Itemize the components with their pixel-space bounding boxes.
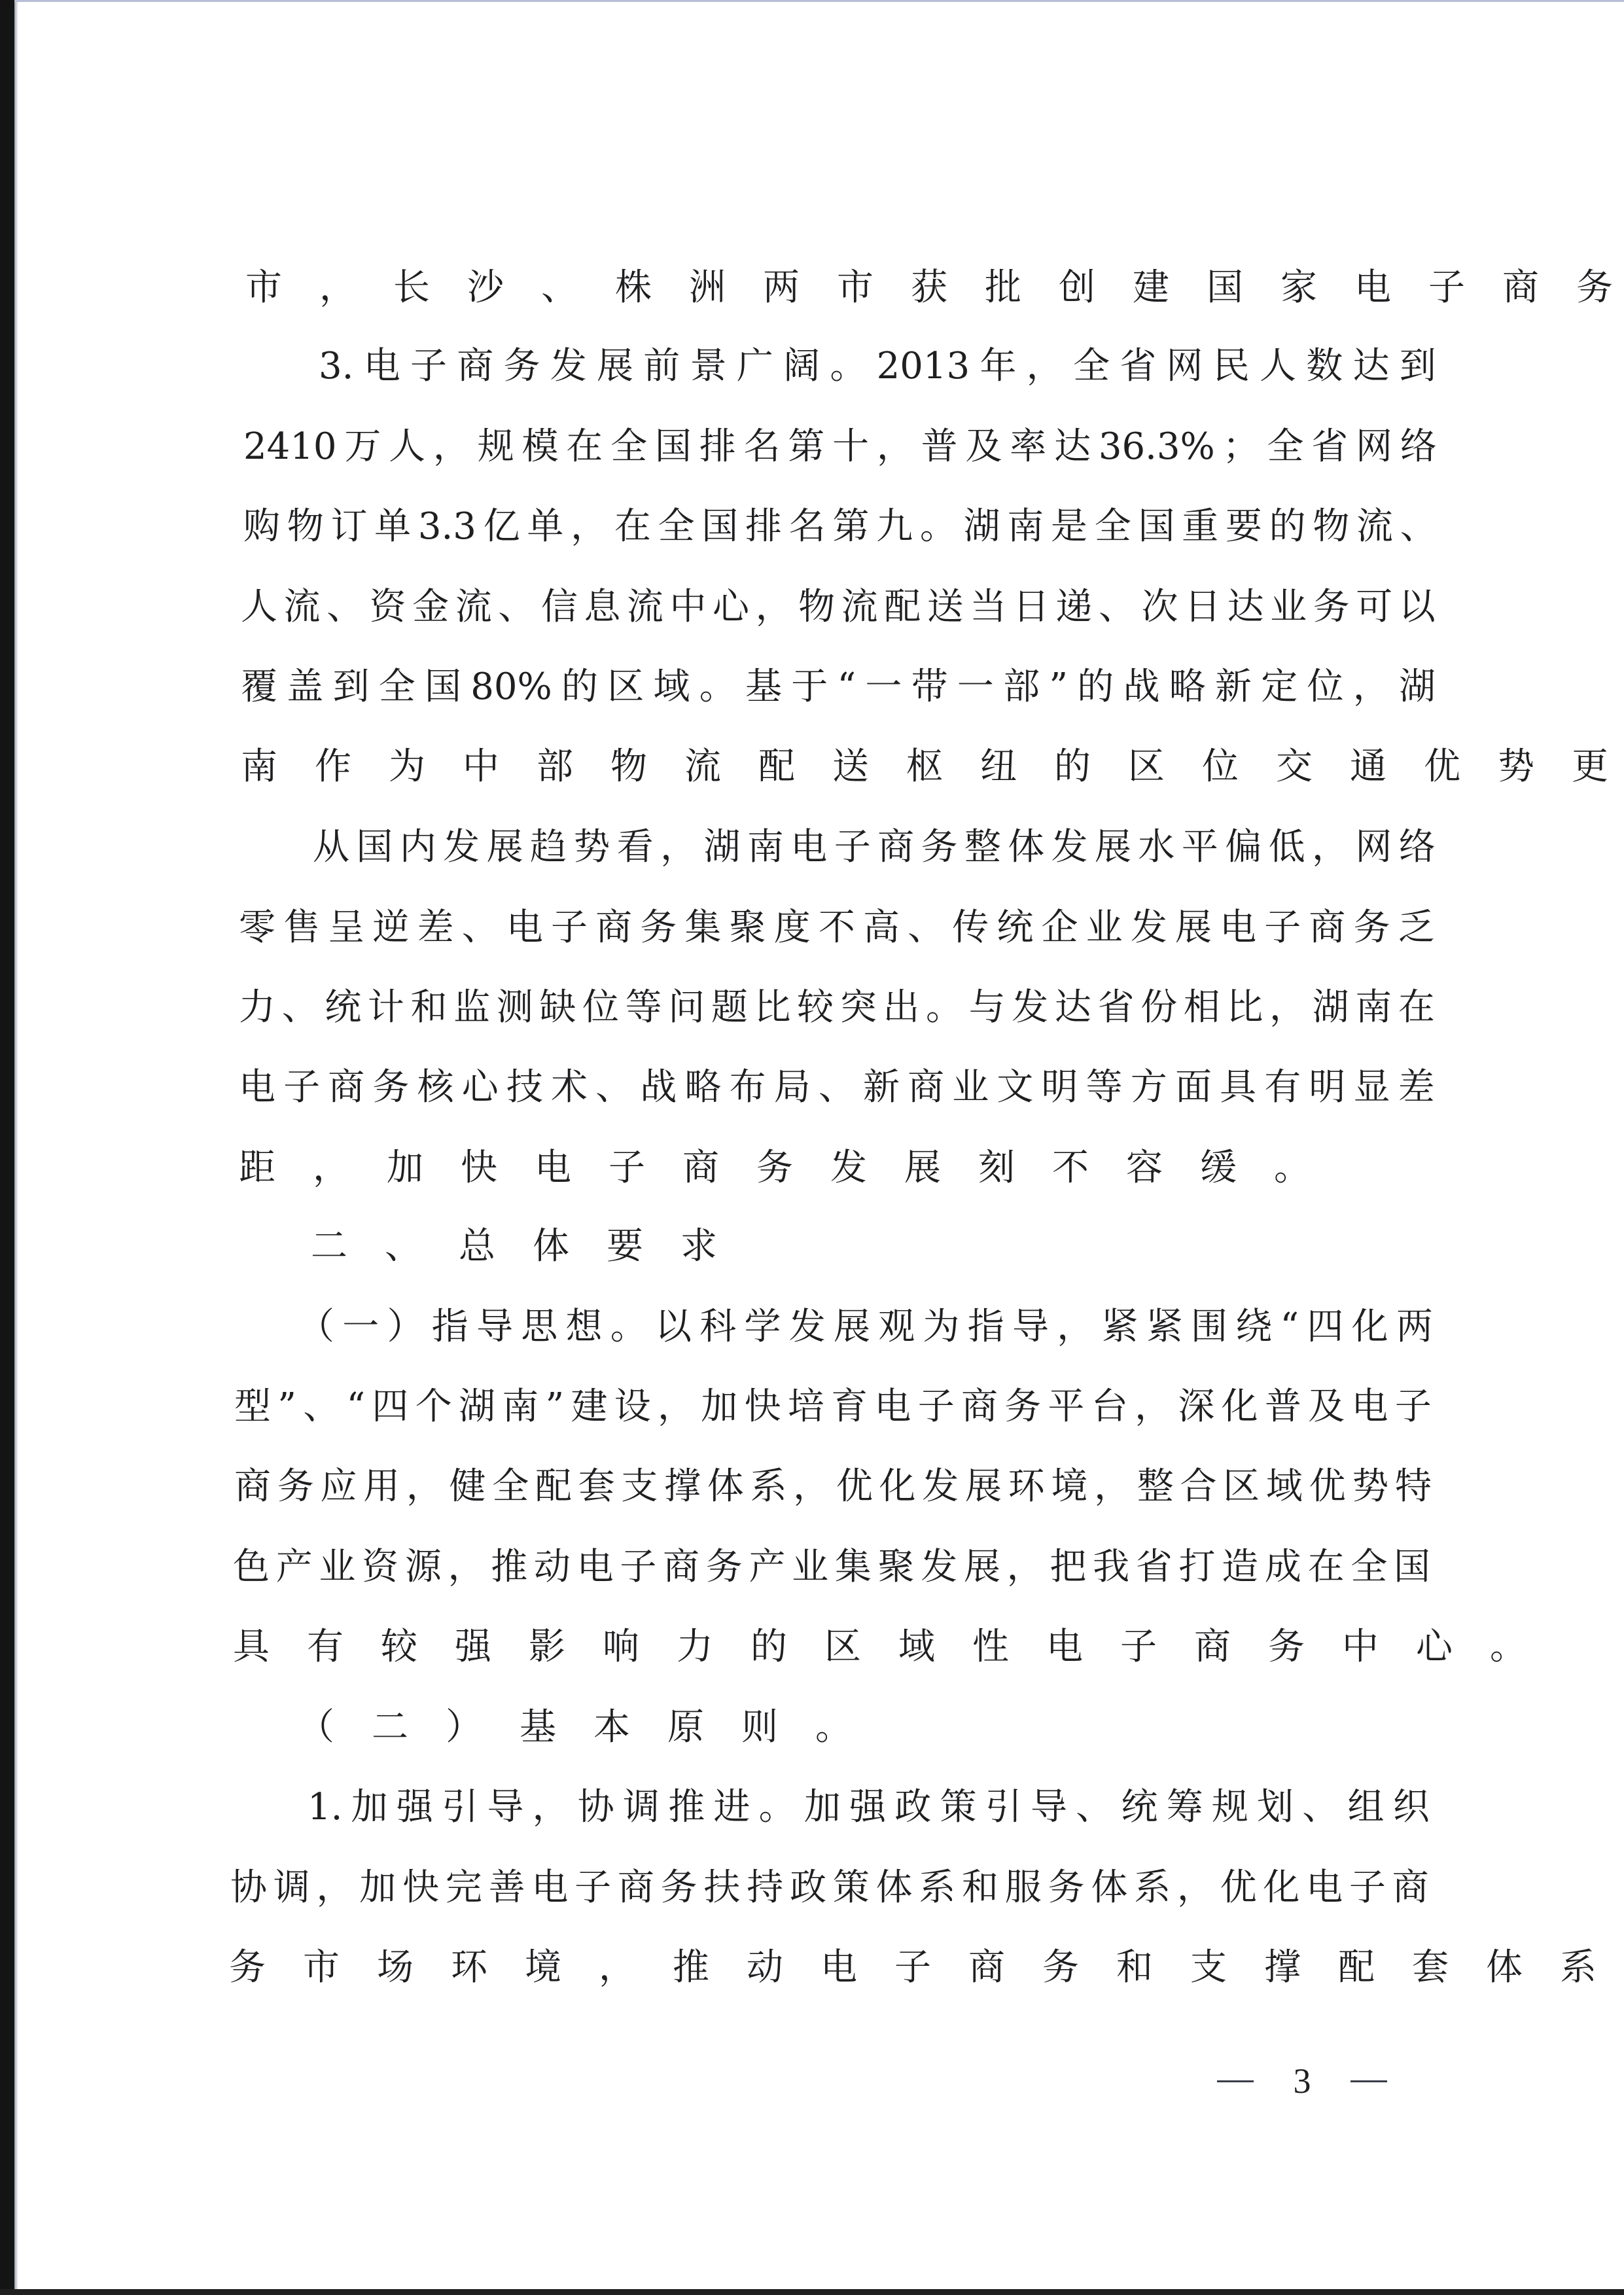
text-line: 色产业资源，推动电子商务产业集聚发展，把我省打造成在全国	[233, 1541, 1430, 1593]
text-line: 人流、资金流、信息流中心，物流配送当日递、次日达业务可以	[241, 581, 1436, 633]
document-page: 市，长沙、株洲两市获批创建国家电子商务示范城市。3.电子商务发展前景广阔。201…	[0, 0, 1624, 2295]
text-line: 零售呈逆差、电子商务集聚度不高、传统企业发展电子商务乏	[239, 902, 1435, 954]
text-line: 市，长沙、株洲两市获批创建国家电子商务示范城市。	[245, 262, 1624, 314]
text-line: 1.加强引导，协调推进。加强政策引导、统筹规划、组织	[308, 1781, 1430, 1834]
page-number-value: 3	[1294, 2055, 1311, 2107]
text-line: 力、统计和监测缺位等问题比较突出。与发达省份相比，湖南在	[239, 982, 1435, 1034]
text-line: 商务应用，健全配套支撑体系，优化发展环境，整合区域优势特	[234, 1461, 1432, 1513]
text-line: 电子商务核心技术、战略布局、新商业文明等方面具有明显差	[239, 1061, 1435, 1114]
text-line: 购物订单3.3亿单，在全国排名第九。湖南是全国重要的物流、	[243, 501, 1437, 553]
text-line: （二）基本原则。	[298, 1701, 889, 1754]
text-line: 协调，加快完善电子商务扶持政策体系和服务体系，优化电子商	[230, 1862, 1429, 1914]
text-line: 型”、“四个湖南”建设，加快培育电子商务平台，深化普及电子	[234, 1381, 1432, 1433]
page-number-dash-left	[1217, 2080, 1254, 2082]
text-line: 2410万人，规模在全国排名第十，普及率达36.3%；全省网络	[243, 421, 1437, 473]
page-number-dash-right	[1350, 2080, 1387, 2082]
text-line: 务市场环境，推动电子商务和支撑配套体系快速发展。	[229, 1942, 1624, 1994]
text-line: 从国内发展趋势看，湖南电子商务整体发展水平偏低，网络	[313, 821, 1436, 874]
text-line: 南作为中部物流配送枢纽的区位交通优势更加凸显。	[241, 741, 1624, 793]
text-line: 覆盖到全国80%的区域。基于“一带一部”的战略新定位，湖	[241, 661, 1436, 713]
text-line: 3.电子商务发展前景广阔。2013年，全省网民人数达到	[319, 340, 1436, 393]
text-line: 距，加快电子商务发展刻不容缓。	[239, 1142, 1348, 1194]
page-number: 3	[1217, 2055, 1387, 2107]
text-line: 二、总体要求	[311, 1220, 754, 1273]
text-line: 具有较强影响力的区域性电子商务中心。	[233, 1621, 1564, 1673]
text-line: （一）指导思想。以科学发展观为指导，紧紧围绕“四化两	[298, 1301, 1433, 1353]
